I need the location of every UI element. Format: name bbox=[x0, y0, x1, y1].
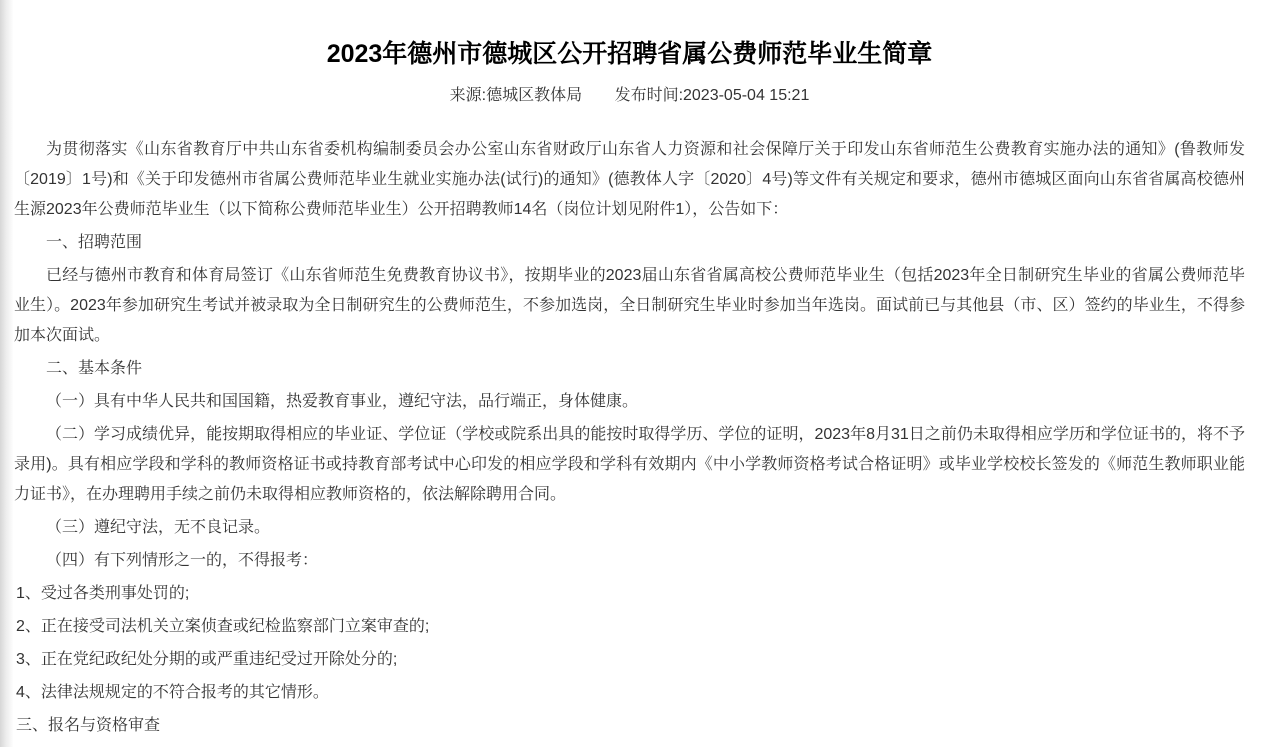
page-left-shadow-strip bbox=[0, 0, 13, 747]
paragraph: 三、报名与资格审查 bbox=[14, 711, 1245, 741]
article-body: 为贯彻落实《山东省教育厅中共山东省委机构编制委员会办公室山东省财政厅山东省人力资… bbox=[14, 135, 1245, 741]
article-publish-time: 发布时间:2023-05-04 15:21 bbox=[615, 87, 810, 104]
paragraph: （二）学习成绩优异，能按期取得相应的毕业证、学位证（学校或院系出具的能按时取得学… bbox=[14, 420, 1245, 510]
paragraph: （一）具有中华人民共和国国籍，热爱教育事业，遵纪守法，品行端正，身体健康。 bbox=[14, 387, 1245, 417]
paragraph: （三）遵纪守法，无不良记录。 bbox=[14, 513, 1245, 543]
article-source: 来源:德城区教体局 bbox=[450, 87, 582, 104]
paragraph: 2、正在接受司法机关立案侦查或纪检监察部门立案审查的; bbox=[14, 612, 1245, 642]
page-title: 2023年德州市德城区公开招聘省属公费师范毕业生简章 bbox=[14, 39, 1245, 69]
paragraph: 3、正在党纪政纪处分期的或严重违纪受过开除处分的; bbox=[14, 645, 1245, 675]
paragraph: 已经与德州市教育和体育局签订《山东省师范生免费教育协议书》，按期毕业的2023届… bbox=[14, 261, 1245, 351]
article-meta: 来源:德城区教体局 发布时间:2023-05-04 15:21 bbox=[14, 85, 1245, 107]
paragraph: 二、基本条件 bbox=[14, 354, 1245, 384]
paragraph: （四）有下列情形之一的，不得报考： bbox=[14, 546, 1245, 576]
paragraph: 1、受过各类刑事处罚的; bbox=[14, 579, 1245, 609]
paragraph: 4、法律法规规定的不符合报考的其它情形。 bbox=[14, 678, 1245, 708]
article: 2023年德州市德城区公开招聘省属公费师范毕业生简章 来源:德城区教体局 发布时… bbox=[14, 0, 1245, 744]
paragraph: 一、招聘范围 bbox=[14, 228, 1245, 258]
paragraph: 为贯彻落实《山东省教育厅中共山东省委机构编制委员会办公室山东省财政厅山东省人力资… bbox=[14, 135, 1245, 225]
